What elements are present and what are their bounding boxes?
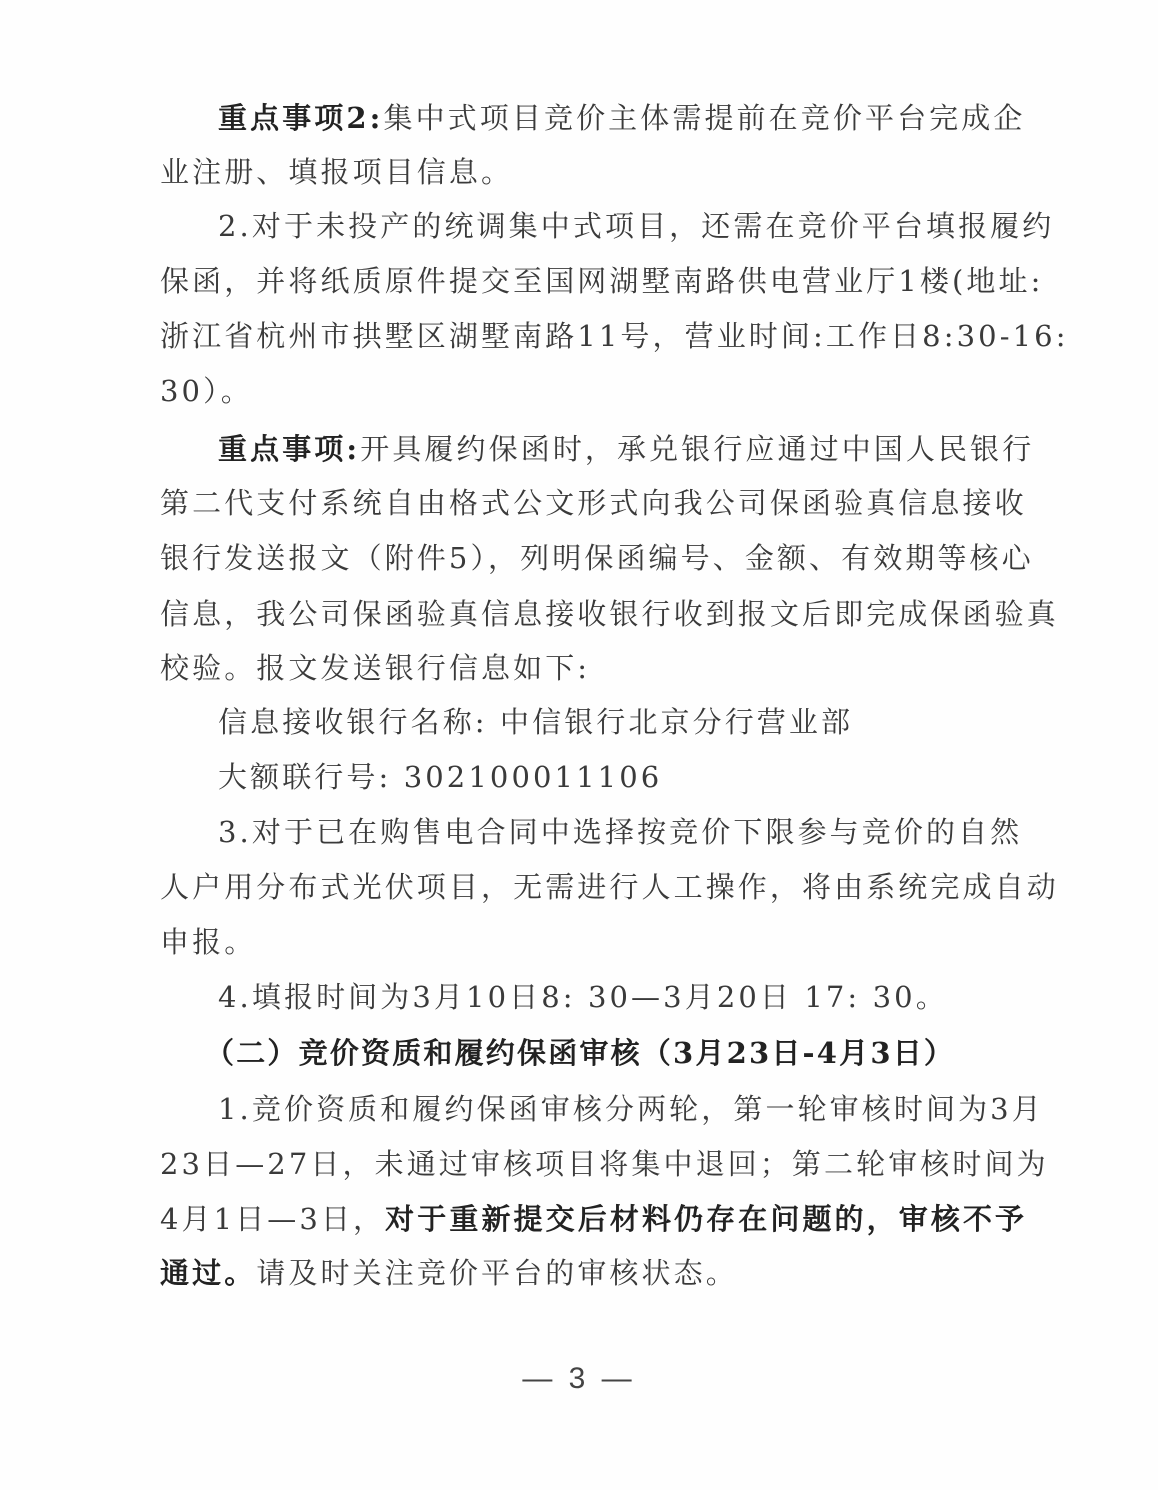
key-item-line-4: 信息，我公司保函验真信息接收银行收到报文后即完成保函验真	[160, 594, 1000, 634]
key-item-2-line-2: 业注册、填报项目信息。	[160, 152, 1000, 192]
section-2-item-1-line-4: 通过。请及时关注竞价平台的审核状态。	[160, 1253, 1000, 1293]
item-3-line-1: 3.对于已在购售电合同中选择按竞价下限参与竞价的自然	[218, 812, 1000, 852]
section-2-item-1-line-1: 1.竞价资质和履约保函审核分两轮，第一轮审核时间为3月	[218, 1089, 1000, 1129]
document-page: 重点事项2:集中式项目竞价主体需提前在竞价平台完成企 业注册、填报项目信息。 2…	[0, 0, 1158, 1490]
key-item-line-3: 银行发送报文（附件5），列明保函编号、金额、有效期等核心	[160, 538, 1000, 578]
item-3-line-3: 申报。	[160, 922, 1000, 962]
item-2-line-2: 保函，并将纸质原件提交至国网湖墅南路供电营业厅1楼(地址:	[160, 261, 1000, 301]
bank-clearing-number: 大额联行号: 302100011106	[218, 757, 1058, 797]
item-3-line-2: 人户用分布式光伏项目，无需进行人工操作，将由系统完成自动	[160, 867, 1000, 907]
key-item-line-1: 重点事项:开具履约保函时，承兑银行应通过中国人民银行	[218, 429, 1000, 469]
section-2-item-1-line-3-text: 4月1日—3日，	[160, 1202, 385, 1236]
item-2-line-3: 浙江省杭州市拱墅区湖墅南路11号，营业时间:工作日8:30-16:	[160, 316, 1000, 356]
receiving-bank-name: 信息接收银行名称: 中信银行北京分行营业部	[218, 702, 1058, 742]
section-2-item-1-line-2: 23日—27日，未通过审核项目将集中退回；第二轮审核时间为	[160, 1144, 1000, 1184]
key-item-line-5: 校验。报文发送银行信息如下:	[160, 648, 1000, 688]
section-2-item-1-emphasis: 对于重新提交后材料仍存在问题的，审核不予	[385, 1202, 1027, 1236]
key-item-2-line-1: 重点事项2:集中式项目竞价主体需提前在竞价平台完成企	[218, 98, 1000, 138]
page-number: — 3 —	[0, 1362, 1158, 1396]
section-2-item-1-emphasis-end: 通过。	[160, 1256, 256, 1290]
key-item-2-label: 重点事项2:	[218, 101, 383, 135]
key-item-line-2: 第二代支付系统自由格式公文形式向我公司保函验真信息接收	[160, 483, 1000, 523]
key-item-2-text: 集中式项目竞价主体需提前在竞价平台完成企	[383, 101, 1025, 135]
section-2-heading: （二）竞价资质和履约保函审核（3月23日-4月3日）	[205, 1033, 1005, 1073]
section-2-item-1-line-3: 4月1日—3日，对于重新提交后材料仍存在问题的，审核不予	[160, 1199, 1000, 1239]
item-2-line-4: 30）。	[160, 371, 1000, 411]
key-item-label: 重点事项:	[218, 432, 360, 466]
key-item-text: 开具履约保函时，承兑银行应通过中国人民银行	[360, 432, 1034, 466]
item-4-line-1: 4.填报时间为3月10日8: 30—3月20日 17: 30。	[218, 977, 1058, 1017]
item-2-line-1: 2.对于未投产的统调集中式项目，还需在竞价平台填报履约	[218, 206, 1000, 246]
section-2-item-1-line-4-text: 请及时关注竞价平台的审核状态。	[256, 1256, 738, 1290]
